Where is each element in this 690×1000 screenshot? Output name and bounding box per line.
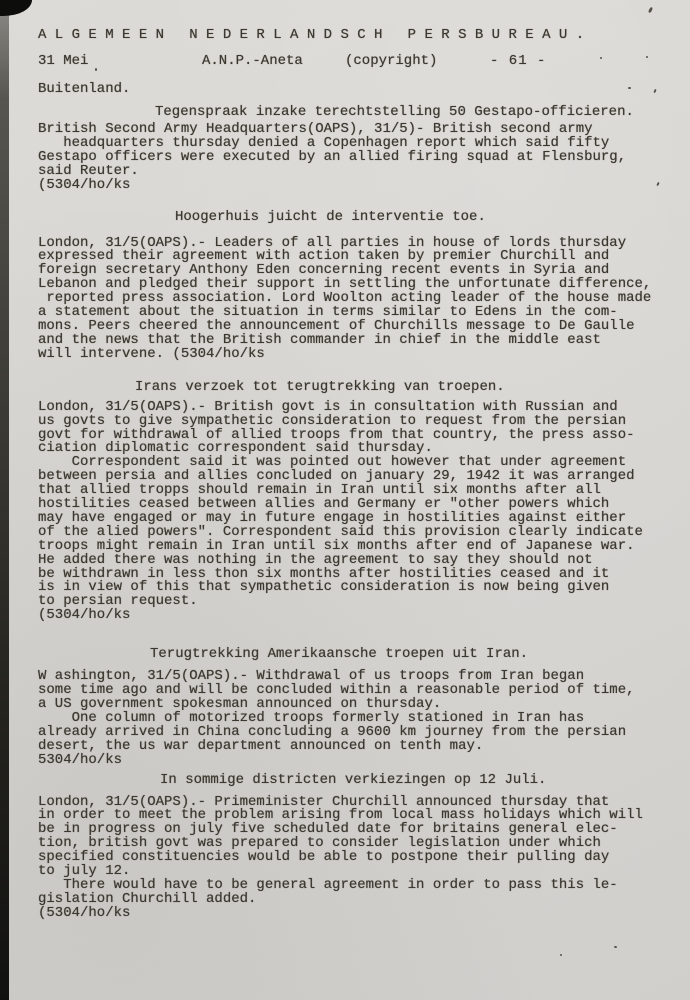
- dateline-agency: A.N.P.-Aneta: [202, 54, 303, 69]
- article-body-gestapo: British Second Army Headquarters(OAPS), …: [38, 123, 684, 193]
- dateline-copyright: (copyright): [345, 54, 437, 69]
- article-heading-irans-verzoek: Irans verzoek tot terugtrekking van troe…: [38, 380, 684, 395]
- scanned-press-bulletin-page: A L G E M E E N N E D E R L A N D S C H …: [0, 0, 690, 1000]
- scan-left-edge-shadow: [0, 0, 9, 1000]
- article-body-verkiezingen: London, 31/5(OAPS).- Primeminister Churc…: [38, 796, 684, 921]
- dateline-row: 31 Mei A.N.P.-Aneta (copyright) - 61 -: [38, 54, 684, 69]
- article-heading-verkiezingen: In sommige districten verkiezingen op 12…: [38, 773, 684, 788]
- page-content: A L G E M E E N N E D E R L A N D S C H …: [38, 28, 684, 921]
- scan-speck: [614, 946, 618, 949]
- article-heading-gestapo: Tegenspraak inzake terechtstelling 50 Ge…: [38, 105, 684, 120]
- article-heading-hoogerhuis: Hoogerhuis juicht de interventie toe.: [38, 210, 684, 225]
- section-label-buitenland: Buitenland.: [38, 82, 684, 97]
- article-heading-terugtrekking: Terugtrekking Amerikaansche troepen uit …: [38, 647, 684, 662]
- dateline-date: 31 Mei: [38, 54, 88, 69]
- masthead-title: A L G E M E E N N E D E R L A N D S C H …: [38, 28, 684, 43]
- scan-speck: [560, 954, 562, 956]
- article-body-terugtrekking: W ashington, 31/5(OAPS).- Withdrawal of …: [38, 670, 684, 767]
- article-body-irans-verzoek: London, 31/5(OAPS).- British govt is in …: [38, 401, 684, 624]
- dateline-page-number: - 61 -: [490, 54, 546, 69]
- scan-speck: [648, 7, 653, 14]
- scan-corner-artifact: [0, 0, 32, 16]
- article-body-hoogerhuis: London, 31/5(OAPS).- Leaders of all part…: [38, 237, 684, 362]
